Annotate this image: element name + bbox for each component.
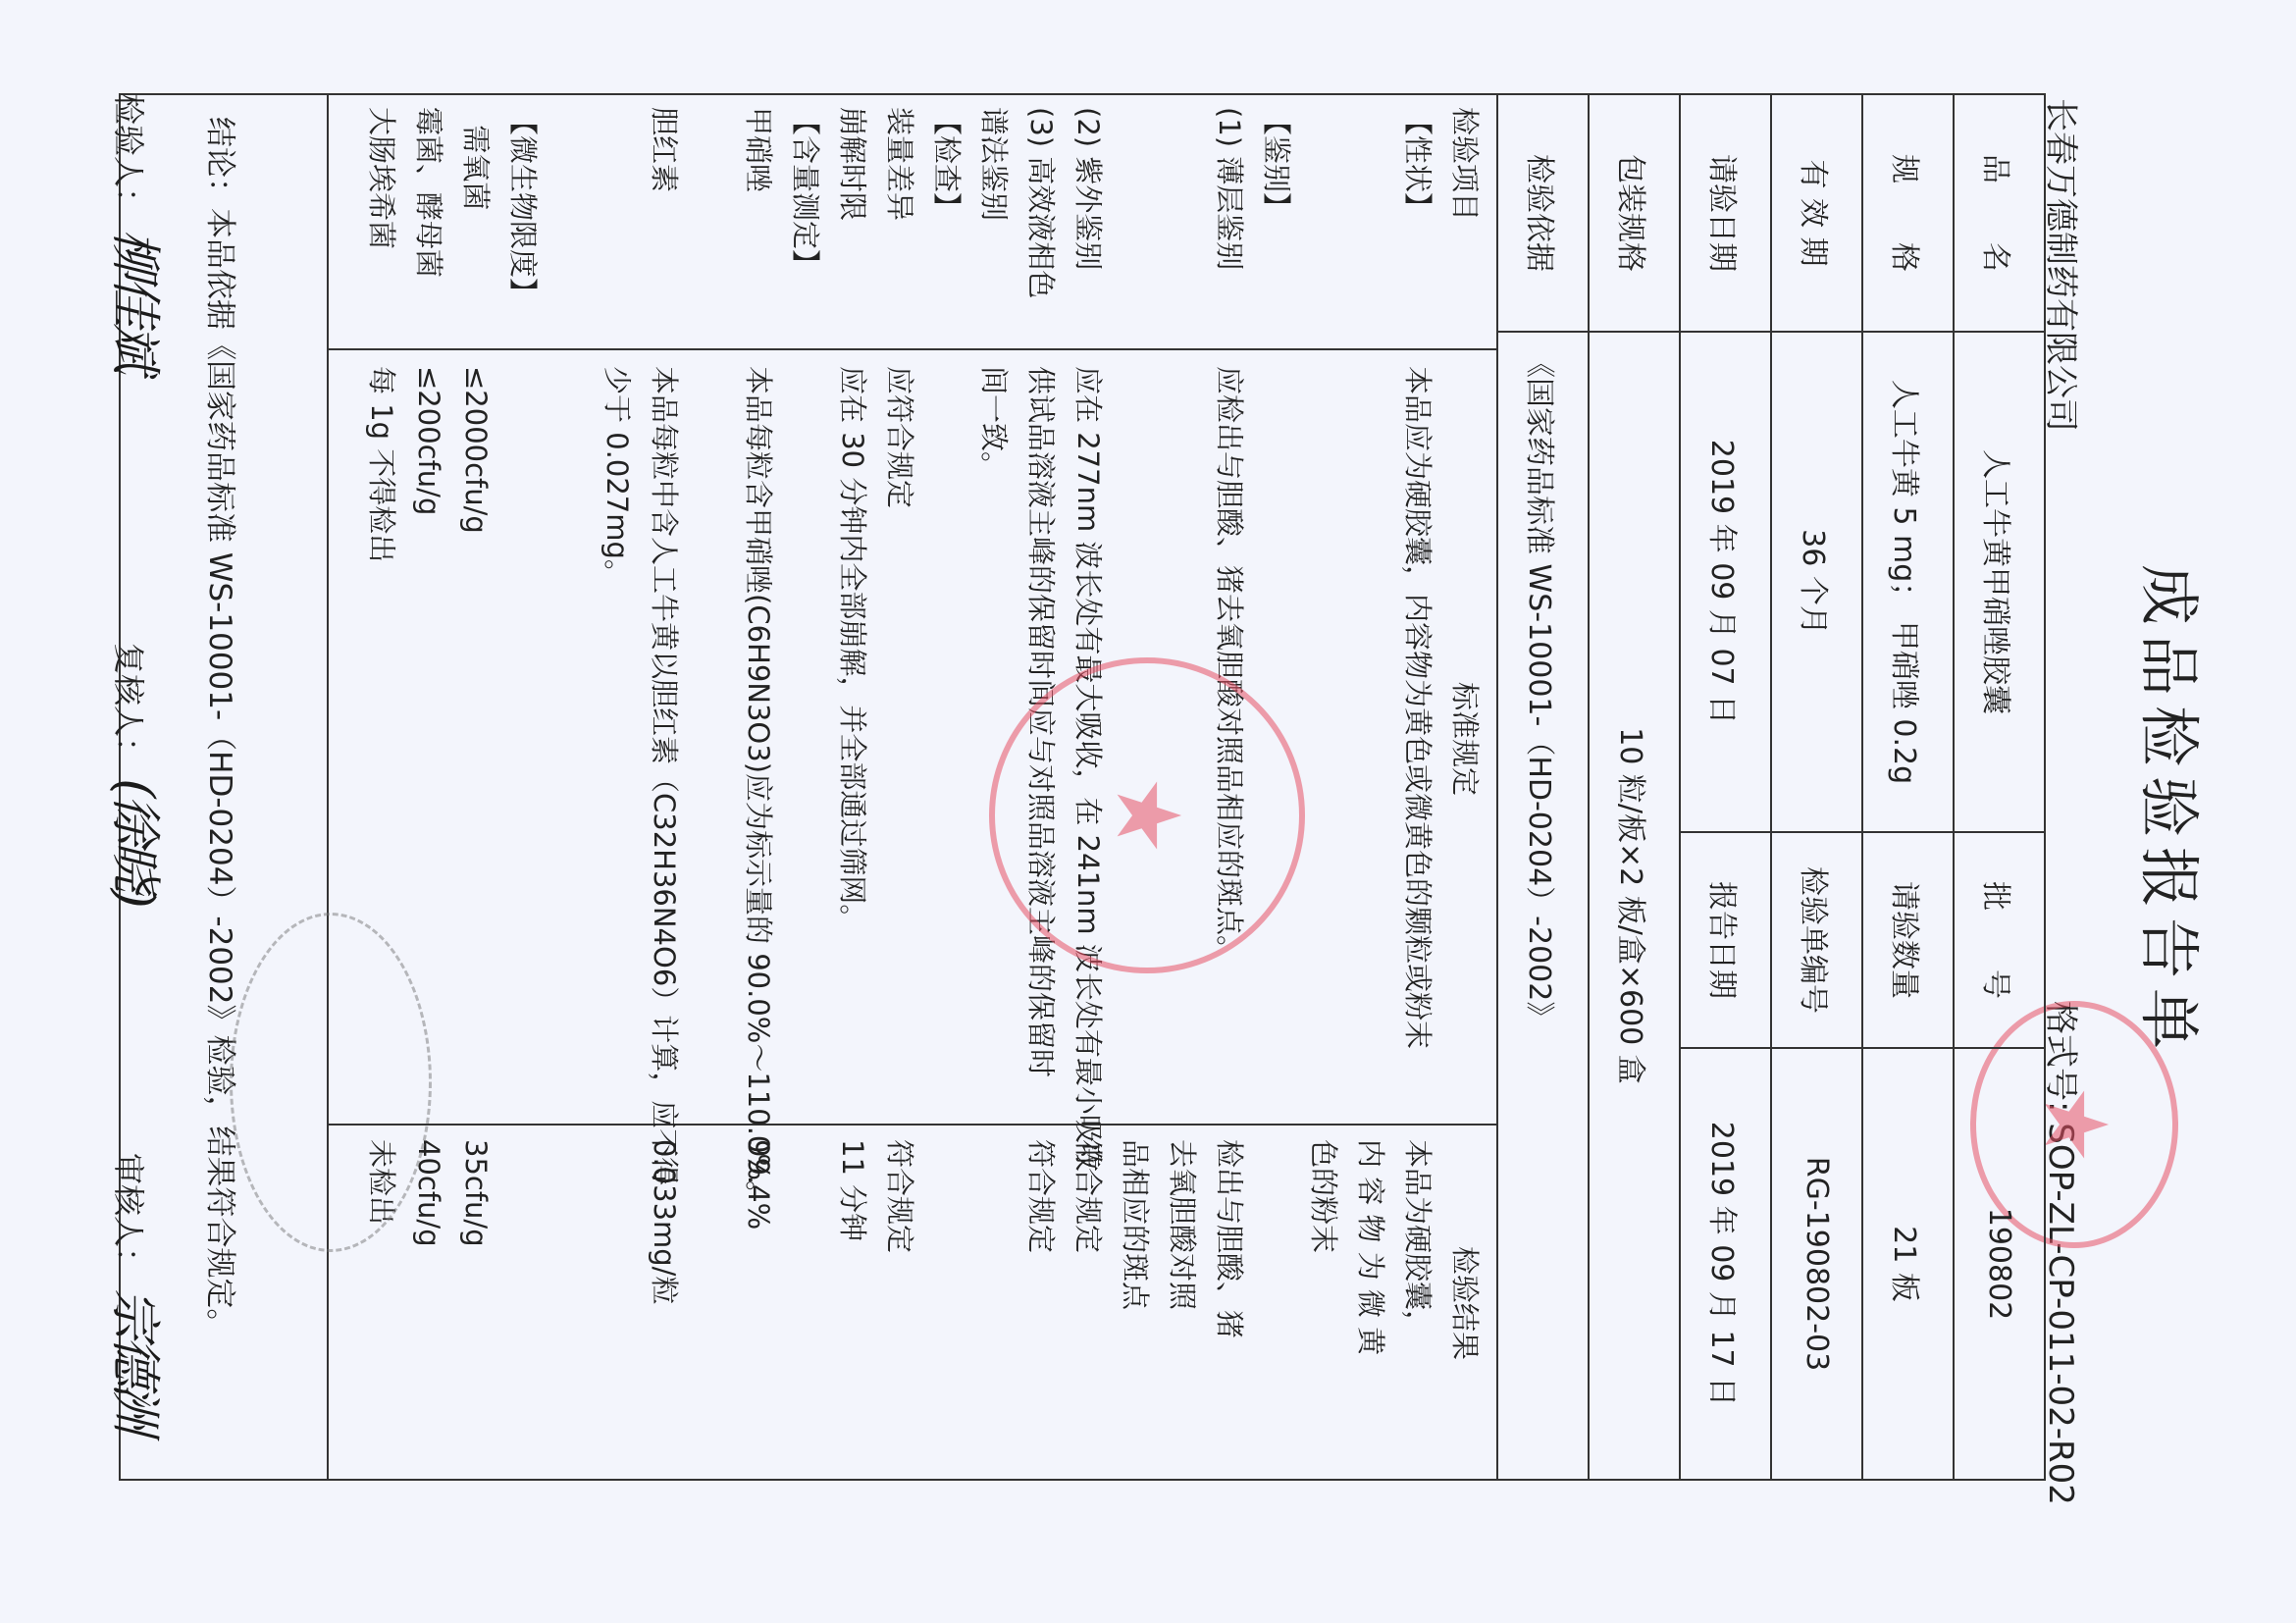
value-report-date: 2019 年 09 月 17 日 bbox=[1681, 1047, 1770, 1479]
item-result: 99.4% bbox=[735, 1139, 782, 1467]
item-result: 检出与胆酸、猪 bbox=[1206, 1139, 1253, 1467]
item-standard: 本品应为硬胶囊，内容物为黄色或微黄色的颗粒或粉末 bbox=[1394, 366, 1441, 1112]
row-spec: 规 格 人工牛黄 5 mg； 甲硝唑 0.2g 请验数量 21 板 bbox=[1863, 95, 1955, 1479]
inspector-label: 检验人： bbox=[110, 93, 147, 219]
items-section: 检验项目 【性状】【鉴别】(1) 薄层鉴别(2) 紫外鉴别(3) 高效液相色谱法… bbox=[329, 95, 1498, 1479]
item-standard: 本品每粒含甲硝唑(C6H9N3O3)应为标示量的 90.0%～110.0%。 bbox=[735, 366, 782, 1112]
item-name bbox=[1112, 107, 1159, 337]
item-name bbox=[688, 107, 735, 337]
item-name: 【含量测定】 bbox=[782, 107, 829, 337]
item-name: 【微生物限度】 bbox=[499, 107, 547, 337]
report-title: 成品检验报告单 bbox=[2130, 0, 2218, 1623]
report-table: 品 名 人工牛黄甲硝唑胶囊 批 号 190802 规 格 人工牛黄 5 mg； … bbox=[119, 93, 2046, 1481]
item-result bbox=[1253, 1139, 1300, 1467]
result-column: 检验结果 本品为硬胶囊，内 容 物 为 微 黄色的粉末检出与胆酸、猪去氧胆酸对照… bbox=[329, 1126, 1496, 1479]
row-product-name: 品 名 人工牛黄甲硝唑胶囊 批 号 190802 bbox=[1955, 95, 2044, 1479]
rechecker-signature: 复核人： (徐晓) bbox=[103, 643, 177, 905]
value-batch-no: 190802 bbox=[1955, 1047, 2044, 1479]
rechecker-label: 复核人： bbox=[110, 643, 147, 768]
item-name bbox=[594, 107, 641, 337]
item-standard: 应在 277nm 波长处有最大吸收，在 241nm 波长处有最小吸收 bbox=[1065, 366, 1112, 1112]
item-standard bbox=[1112, 366, 1159, 1112]
item-name: 崩解时限 bbox=[829, 107, 876, 337]
item-result: 11 分钟 bbox=[829, 1139, 876, 1467]
value-packaging: 10 粒/板×2 板/盒×600 盒 bbox=[1590, 331, 1679, 1479]
label-product-name: 品 名 bbox=[1955, 95, 2044, 331]
row-basis: 检验依据 《国家药品标准 WS-10001-（HD-0204）-2002》 bbox=[1498, 95, 1590, 1479]
item-result: 40cfu/g bbox=[405, 1139, 452, 1467]
item-result: 去氧胆酸对照 bbox=[1159, 1139, 1206, 1467]
item-standard bbox=[1300, 366, 1347, 1112]
value-product-name: 人工牛黄甲硝唑胶囊 bbox=[1955, 331, 2044, 831]
format-number: 格式号: SOP-ZL-CP-011-02-R02 bbox=[2040, 1001, 2088, 1505]
item-result: 品相应的斑点 bbox=[1112, 1139, 1159, 1467]
column-header-result: 检验结果 bbox=[1441, 1139, 1488, 1467]
item-standard bbox=[782, 366, 829, 1112]
row-dates: 请验日期 2019 年 09 月 07 日 报告日期 2019 年 09 月 1… bbox=[1681, 95, 1772, 1479]
label-sheet-no: 检验单编号 bbox=[1772, 831, 1861, 1047]
item-name: 大肠埃希菌 bbox=[358, 107, 405, 337]
item-standard: 少于 0.027mg。 bbox=[594, 366, 641, 1112]
label-basis: 检验依据 bbox=[1498, 95, 1588, 331]
item-name: (1) 薄层鉴别 bbox=[1206, 107, 1253, 337]
item-name bbox=[1300, 107, 1347, 337]
inspector-signature: 检验人： 柳佳斌 bbox=[103, 93, 177, 370]
item-result: 35cfu/g bbox=[452, 1139, 499, 1467]
standard-list: 本品应为硬胶囊，内容物为黄色或微黄色的颗粒或粉末应检出与胆酸、猪去氧胆酸对照品相… bbox=[358, 366, 1441, 1112]
item-standard bbox=[1253, 366, 1300, 1112]
item-standard bbox=[547, 366, 594, 1112]
item-standard bbox=[499, 366, 547, 1112]
value-quantity: 21 板 bbox=[1863, 1047, 1953, 1479]
item-name: 甲硝唑 bbox=[735, 107, 782, 337]
value-sheet-no: RG-190802-03 bbox=[1772, 1047, 1861, 1479]
scanned-report-page: 成品检验报告单 长春万德制药有限公司 格式号: SOP-ZL-CP-011-02… bbox=[0, 0, 2296, 1623]
item-result: 符合规定 bbox=[876, 1139, 923, 1467]
label-packaging: 包装规格 bbox=[1590, 95, 1679, 331]
item-standard: 供试品溶液主峰的保留时间应与对照品溶液主峰的保留时 bbox=[1018, 366, 1065, 1112]
value-validity: 36 个月 bbox=[1772, 331, 1861, 831]
item-result bbox=[970, 1139, 1018, 1467]
item-name bbox=[547, 107, 594, 337]
item-result: 色的粉末 bbox=[1300, 1139, 1347, 1467]
item-result bbox=[547, 1139, 594, 1467]
label-spec: 规 格 bbox=[1863, 95, 1953, 331]
item-name bbox=[1347, 107, 1394, 337]
value-spec: 人工牛黄 5 mg； 甲硝唑 0.2g bbox=[1863, 331, 1953, 831]
label-validity: 有 效 期 bbox=[1772, 95, 1861, 331]
item-result: 符合规定 bbox=[1065, 1139, 1112, 1467]
standard-column: 标准规定 本品应为硬胶囊，内容物为黄色或微黄色的颗粒或粉末应检出与胆酸、猪去氧胆… bbox=[329, 350, 1496, 1126]
result-list: 本品为硬胶囊，内 容 物 为 微 黄色的粉末检出与胆酸、猪去氧胆酸对照品相应的斑… bbox=[358, 1139, 1441, 1467]
item-name: 需氧菌 bbox=[452, 107, 499, 337]
row-validity: 有 效 期 36 个月 检验单编号 RG-190802-03 bbox=[1772, 95, 1863, 1479]
row-packaging: 包装规格 10 粒/板×2 板/盒×600 盒 bbox=[1590, 95, 1681, 1479]
item-standard bbox=[1347, 366, 1394, 1112]
item-name bbox=[1159, 107, 1206, 337]
format-number-label: 格式号: bbox=[2041, 1001, 2080, 1112]
items-column: 检验项目 【性状】【鉴别】(1) 薄层鉴别(2) 紫外鉴别(3) 高效液相色谱法… bbox=[329, 95, 1496, 350]
column-header-standard: 标准规定 bbox=[1441, 366, 1488, 1112]
item-name: 【鉴别】 bbox=[1253, 107, 1300, 337]
item-standard bbox=[688, 366, 735, 1112]
item-result bbox=[782, 1139, 829, 1467]
label-batch-no: 批 号 bbox=[1955, 831, 2044, 1047]
label-quantity: 请验数量 bbox=[1863, 831, 1953, 1047]
company-name: 长春万德制药有限公司 bbox=[2040, 98, 2088, 432]
reviewer-label: 审核人： bbox=[110, 1153, 147, 1279]
item-name: 【性状】 bbox=[1394, 107, 1441, 337]
item-result bbox=[594, 1139, 641, 1467]
item-name: 装量差异 bbox=[876, 107, 923, 337]
item-result bbox=[923, 1139, 970, 1467]
item-result: 符合规定 bbox=[1018, 1139, 1065, 1467]
item-name: (3) 高效液相色 bbox=[1018, 107, 1065, 337]
item-result bbox=[688, 1139, 735, 1467]
item-standard: 每 1g 不得检出 bbox=[358, 366, 405, 1112]
value-request-date: 2019 年 09 月 07 日 bbox=[1681, 331, 1770, 831]
item-list: 【性状】【鉴别】(1) 薄层鉴别(2) 紫外鉴别(3) 高效液相色谱法鉴别【检查… bbox=[358, 107, 1441, 337]
format-number-value: SOP-ZL-CP-011-02-R02 bbox=[2041, 1123, 2080, 1505]
item-standard bbox=[923, 366, 970, 1112]
item-result: 本品为硬胶囊， bbox=[1394, 1139, 1441, 1467]
rechecker-name: (徐晓) bbox=[105, 778, 164, 905]
item-standard: ≤2000cfu/g bbox=[452, 366, 499, 1112]
item-result: 0.033mg/粒 bbox=[641, 1139, 688, 1467]
item-standard: 应在 30 分钟内全部崩解，并全部通过筛网。 bbox=[829, 366, 876, 1112]
label-report-date: 报告日期 bbox=[1681, 831, 1770, 1047]
value-basis: 《国家药品标准 WS-10001-（HD-0204）-2002》 bbox=[1498, 331, 1588, 1479]
item-result bbox=[499, 1139, 547, 1467]
item-standard: 本品每粒中含人工牛黄以胆红素（C32H36N4O6）计算，应不得 bbox=[641, 366, 688, 1112]
item-name: 胆红素 bbox=[641, 107, 688, 337]
label-request-date: 请验日期 bbox=[1681, 95, 1770, 331]
item-result: 未检出 bbox=[358, 1139, 405, 1467]
item-name: 霉菌、酵母菌 bbox=[405, 107, 452, 337]
item-standard: ≤200cfu/g bbox=[405, 366, 452, 1112]
item-name: 谱法鉴别 bbox=[970, 107, 1018, 337]
inspector-name: 柳佳斌 bbox=[105, 229, 164, 370]
reviewer-name: 宗德洲 bbox=[105, 1288, 164, 1430]
reviewer-signature: 审核人： 宗德洲 bbox=[103, 1153, 177, 1430]
column-header-item: 检验项目 bbox=[1441, 107, 1488, 337]
item-standard: 间一致。 bbox=[970, 366, 1018, 1112]
item-result: 内 容 物 为 微 黄 bbox=[1347, 1139, 1394, 1467]
item-name: 【检查】 bbox=[923, 107, 970, 337]
item-standard: 应检出与胆酸、猪去氧胆酸对照品相应的斑点。 bbox=[1206, 366, 1253, 1112]
item-standard bbox=[1159, 366, 1206, 1112]
item-name: (2) 紫外鉴别 bbox=[1065, 107, 1112, 337]
item-standard: 应符合规定 bbox=[876, 366, 923, 1112]
